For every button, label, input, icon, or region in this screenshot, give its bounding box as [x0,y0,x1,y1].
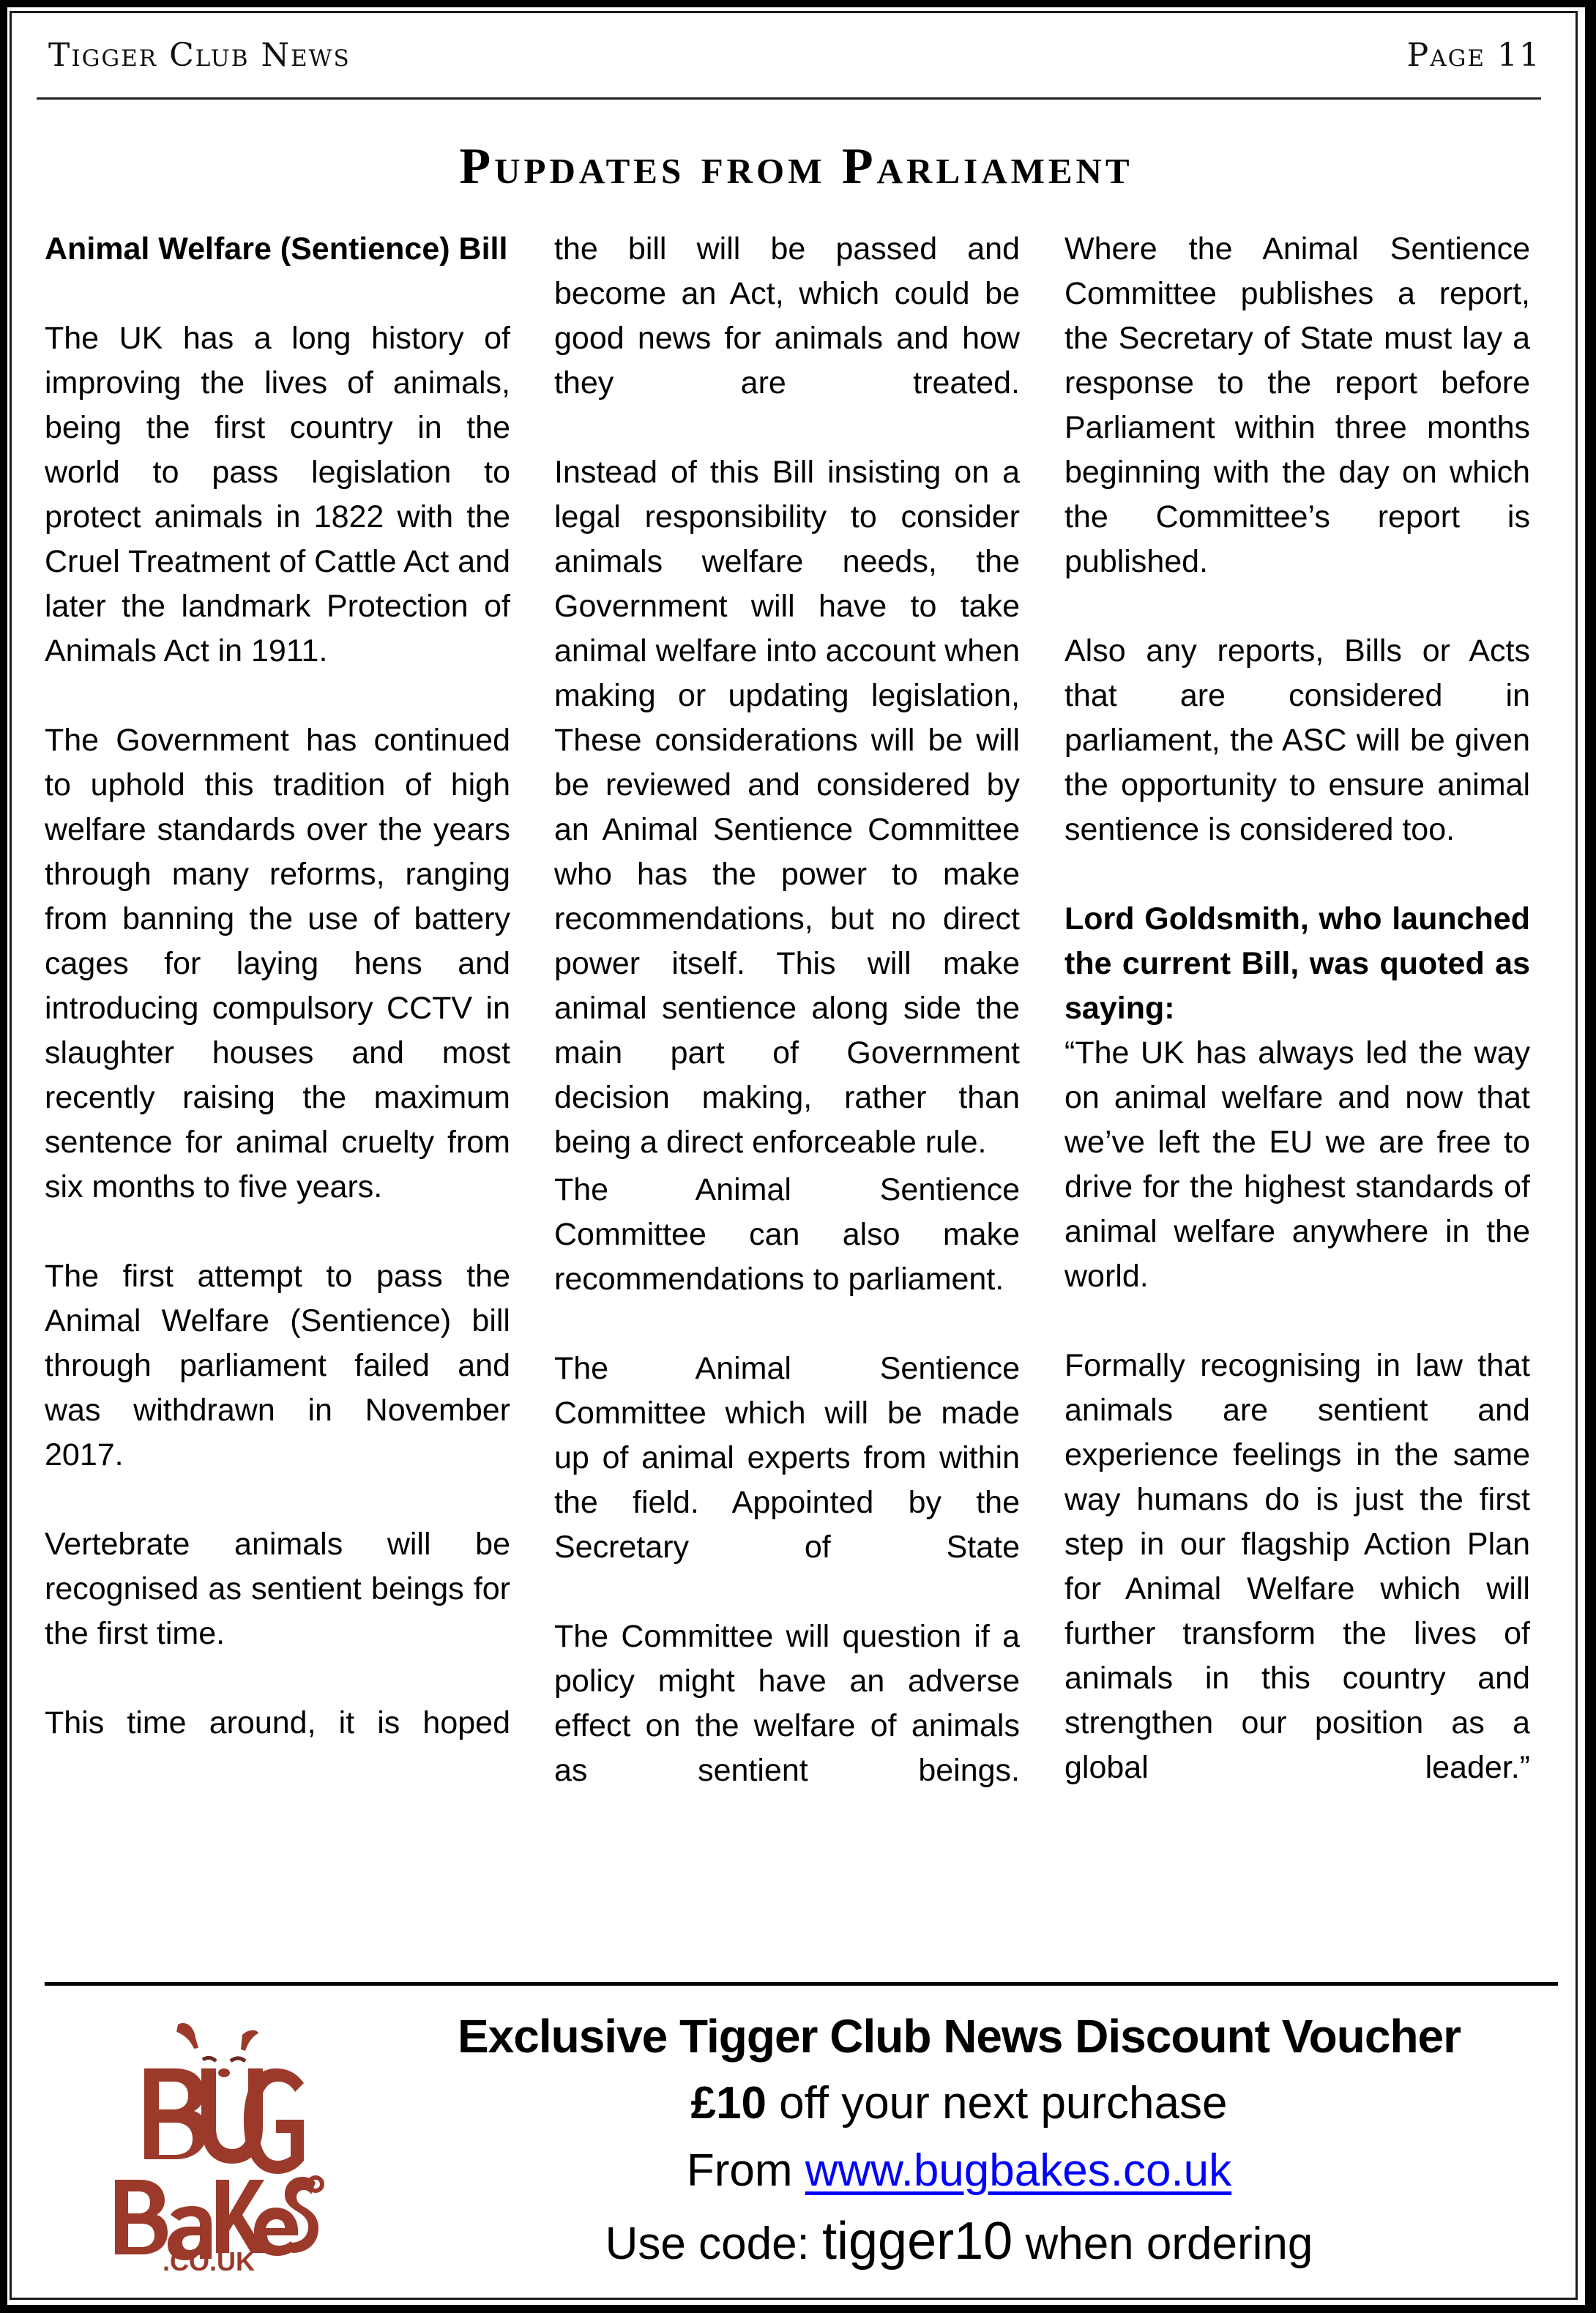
paragraph: The Government has continued to uphold t… [45,718,510,1210]
paragraph: This time around, it is hoped [45,1701,510,1746]
paragraph: The Animal Sentience Committee which wil… [554,1347,1020,1570]
quote-attribution: Lord Goldsmith, who launched the current… [1064,897,1530,1031]
article-column-3: Where the Animal Sentience Committee pub… [1064,227,1530,1790]
bug-face-icon: .CO.UK [99,2010,326,2273]
paragraph: Instead of this Bill insisting on a lega… [554,450,1020,1165]
page-number: Page 11 [1407,40,1541,72]
logo-domain: .CO.UK [163,2246,255,2273]
article-column-1: Animal Welfare (Sentience) Bill The UK h… [45,227,510,1746]
paragraph: The Committee will question if a policy … [554,1614,1020,1793]
voucher-source: From www.bugbakes.co.uk [388,2137,1530,2205]
header-rule [37,97,1541,100]
voucher-offer: £10 off your next purchase [388,2070,1530,2137]
voucher-amount: £10 [690,2078,766,2128]
voucher-offer-text: off your next purchase [767,2078,1228,2128]
paragraph: the bill will be passed and become an Ac… [554,227,1020,406]
newsletter-page: Tigger Club News Page 11 Pupdates from P… [7,7,1585,2305]
voucher-from-label: From [687,2145,805,2196]
quote-paragraph: Formally recognising in law that animals… [1064,1344,1530,1790]
paragraph: The UK has a long history of improving t… [45,316,510,674]
discount-voucher: Exclusive Tigger Club News Discount Vouc… [388,2003,1530,2281]
voucher-code-line: Use code: tigger10 when ordering [388,2205,1530,2281]
voucher-code-suffix: when ordering [1013,2219,1313,2269]
voucher-headline: Exclusive Tigger Club News Discount Vouc… [388,2003,1530,2070]
paragraph: The Animal Sentience Committee can also … [554,1168,1020,1302]
bugbakes-logo: .CO.UK [99,2010,326,2273]
paragraph: Vertebrate animals will be recognised as… [45,1522,510,1656]
bugbakes-website-link[interactable]: www.bugbakes.co.uk [805,2145,1231,2196]
quote-paragraph: “The UK has always led the way on animal… [1064,1031,1530,1299]
voucher-code: tigger10 [822,2212,1013,2271]
advert-divider [45,1982,1558,1986]
page-title: Pupdates from Parliament [7,138,1585,196]
publication-name: Tigger Club News [48,40,351,72]
paragraph: The first attempt to pass the Animal Wel… [45,1254,510,1478]
voucher-code-prefix: Use code: [605,2219,822,2269]
paragraph: Also any reports, Bills or Acts that are… [1064,629,1530,852]
paragraph: Where the Animal Sentience Committee pub… [1064,227,1530,584]
article-column-2: the bill will be passed and become an Ac… [554,227,1020,1793]
article-heading: Animal Welfare (Sentience) Bill [45,227,510,272]
